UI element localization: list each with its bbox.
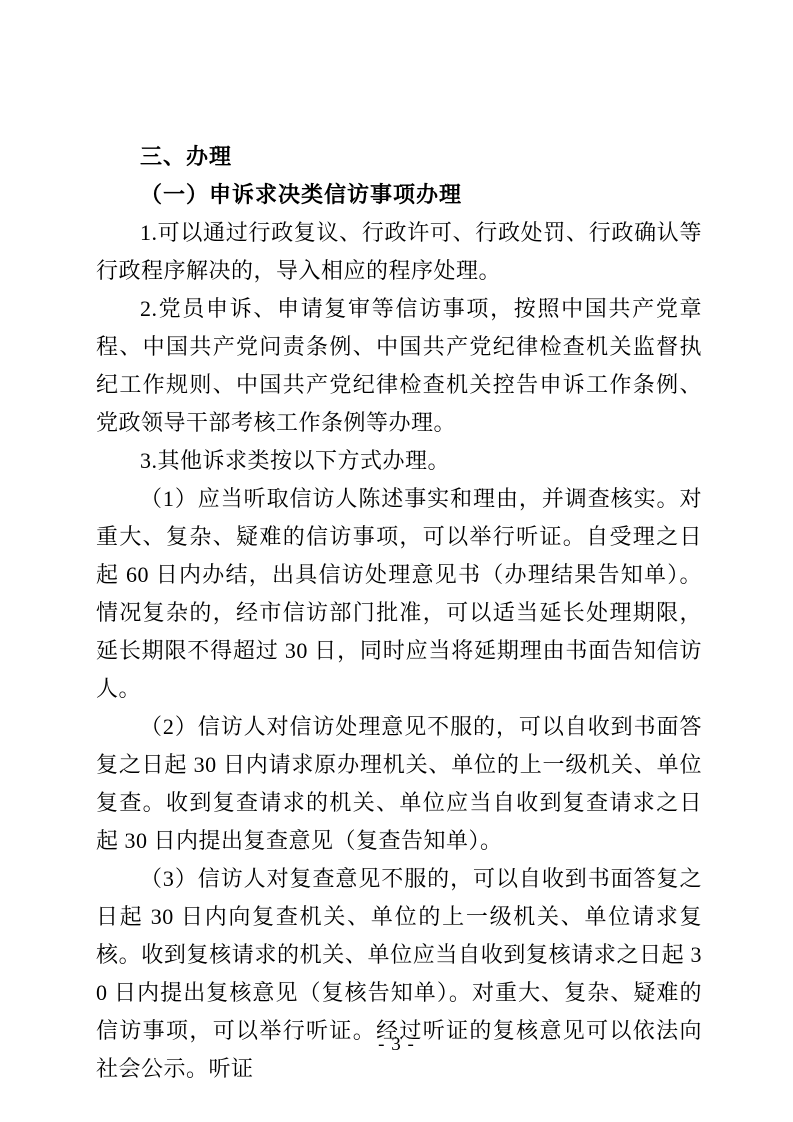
paragraph-5: （2）信访人对信访处理意见不服的，可以自收到书面答复之日起 30 日内请求原办理… <box>96 708 702 860</box>
document-page: 三、办理 （一）申诉求决类信访事项办理 1.可以通过行政复议、行政许可、行政处罚… <box>0 0 793 1122</box>
paragraph-4: （1）应当听取信访人陈述事实和理由，并调查核实。对重大、复杂、疑难的信访事项，可… <box>96 480 702 708</box>
subsection-heading: （一）申诉求决类信访事项办理 <box>96 176 702 214</box>
document-body: 三、办理 （一）申诉求决类信访事项办理 1.可以通过行政复议、行政许可、行政处罚… <box>96 138 702 1088</box>
paragraph-1: 1.可以通过行政复议、行政许可、行政处罚、行政确认等行政程序解决的，导入相应的程… <box>96 214 702 290</box>
paragraph-2: 2.党员申诉、申请复审等信访事项，按照中国共产党章程、中国共产党问责条例、中国共… <box>96 290 702 442</box>
section-heading: 三、办理 <box>96 138 702 176</box>
paragraph-3: 3.其他诉求类按以下方式办理。 <box>96 442 702 480</box>
page-number: - 3 - <box>0 1032 793 1058</box>
